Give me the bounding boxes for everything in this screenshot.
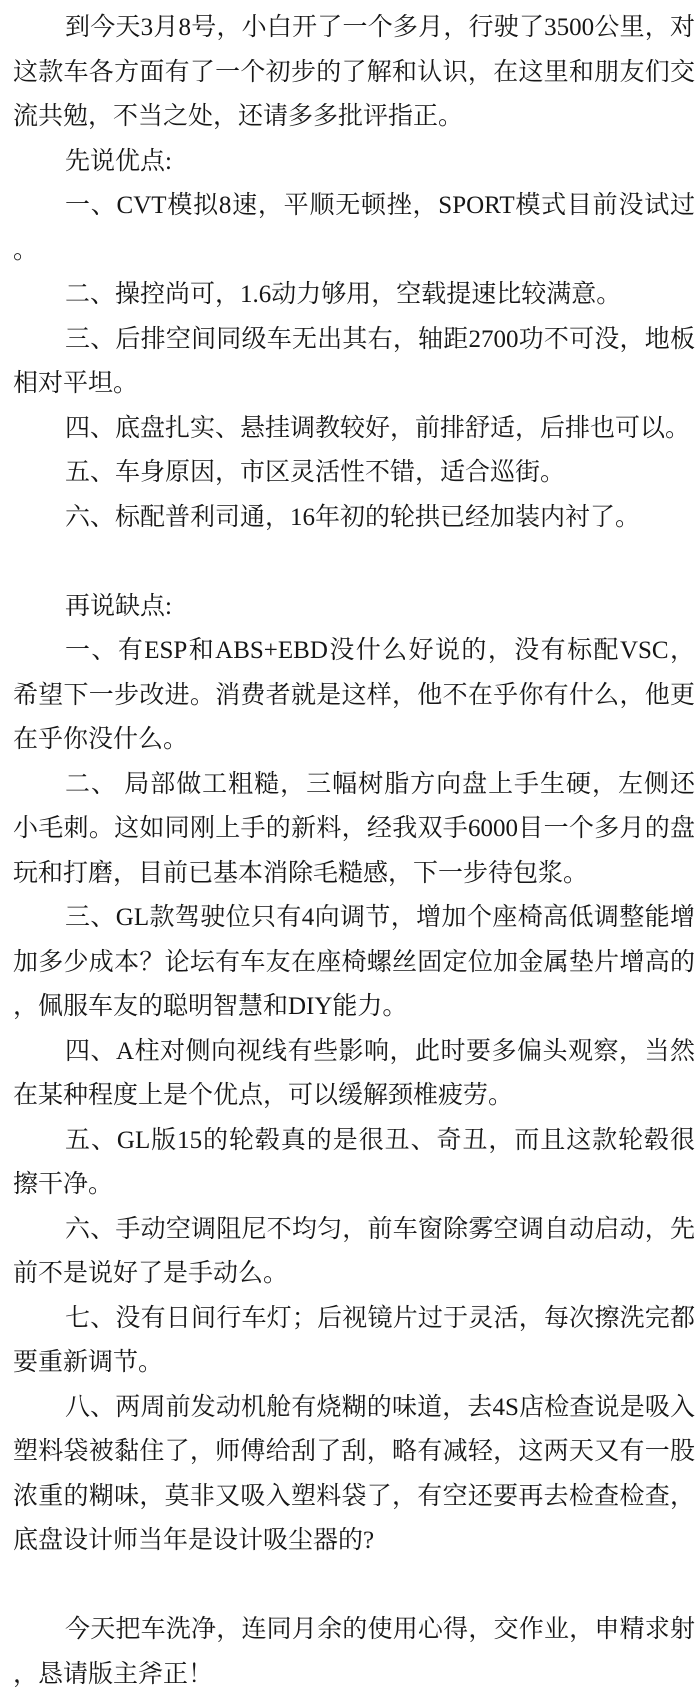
text-line: 在某种程度上是个优点，可以缓解颈椎疲劳。: [13, 1074, 695, 1119]
article-body: 到今天3月8号，小白开了一个多月，行驶了3500公里，对这款车各方面有了一个初步…: [13, 6, 695, 1697]
text-line: 在乎你没什么。: [13, 718, 695, 763]
blank-line: [13, 540, 695, 585]
text-line: 先说优点:: [13, 140, 695, 185]
text-line: 希望下一步改进。消费者就是这样，他不在乎你有什么，他更: [13, 674, 695, 719]
blank-line: [13, 1564, 695, 1609]
text-line: 二、 局部做工粗糙，三幅树脂方向盘上手生硬，左侧还有: [13, 763, 695, 808]
text-line: 这款车各方面有了一个初步的了解和认识，在这里和朋友们交: [13, 51, 695, 96]
text-line: 一、CVT模拟8速，平顺无顿挫，SPORT模式目前没试过: [13, 184, 695, 229]
text-line: 五、GL版15的轮毂真的是很丑、奇丑，而且这款轮毂很难: [13, 1119, 695, 1164]
text-line: 二、操控尚可，1.6动力够用，空载提速比较满意。: [13, 273, 695, 318]
text-line: 小毛刺。这如同刚上手的新料，经我双手6000目一个多月的盘: [13, 807, 695, 852]
text-line: 五、车身原因，市区灵活性不错，适合巡街。: [13, 451, 695, 496]
text-line: 要重新调节。: [13, 1341, 695, 1386]
text-line: 底盘设计师当年是设计吸尘器的?: [13, 1519, 695, 1564]
text-line: 七、没有日间行车灯；后视镜片过于灵活，每次擦洗完都: [13, 1297, 695, 1342]
text-line: 加多少成本？论坛有车友在座椅螺丝固定位加金属垫片增高的: [13, 941, 695, 986]
text-line: 塑料袋被黏住了，师傅给刮了刮，略有减轻，这两天又有一股: [13, 1430, 695, 1475]
text-line: 浓重的糊味，莫非又吸入塑料袋了，有空还要再去检查检查，: [13, 1475, 695, 1520]
text-line: 三、后排空间同级车无出其右，轴距2700功不可没，地板: [13, 318, 695, 363]
text-line: 。: [13, 229, 695, 274]
text-line: ，佩服车友的聪明智慧和DIY能力。: [13, 985, 695, 1030]
article: 到今天3月8号，小白开了一个多月，行驶了3500公里，对这款车各方面有了一个初步…: [0, 0, 700, 1700]
text-line: 六、标配普利司通，16年初的轮拱已经加装内衬了。: [13, 496, 695, 541]
text-line: 流共勉，不当之处，还请多多批评指正。: [13, 95, 695, 140]
text-line: 四、A柱对侧向视线有些影响，此时要多偏头观察，当然这: [13, 1030, 695, 1075]
text-line: 擦干净。: [13, 1163, 695, 1208]
text-line: ，恳请版主斧正！: [13, 1653, 695, 1698]
text-line: 六、手动空调阻尼不均匀，前车窗除雾空调自动启动，先: [13, 1208, 695, 1253]
text-line: 再说缺点:: [13, 585, 695, 630]
text-line: 玩和打磨，目前已基本消除毛糙感，下一步待包浆。: [13, 852, 695, 897]
text-line: 八、两周前发动机舱有烧糊的味道，去4S店检查说是吸入: [13, 1386, 695, 1431]
text-line: 相对平坦。: [13, 362, 695, 407]
text-line: 三、GL款驾驶位只有4向调节，增加个座椅高低调整能增: [13, 896, 695, 941]
text-line: 一、有ESP和ABS+EBD没什么好说的，没有标配VSC，: [13, 629, 695, 674]
text-line: 四、底盘扎实、悬挂调教较好，前排舒适，后排也可以。: [13, 407, 695, 452]
text-line: 前不是说好了是手动么。: [13, 1252, 695, 1297]
text-line: 到今天3月8号，小白开了一个多月，行驶了3500公里，对: [13, 6, 695, 51]
text-line: 今天把车洗净，连同月余的使用心得，交作业，申精求射: [13, 1608, 695, 1653]
page: { "page": { "background": "#ffffff", "te…: [0, 0, 700, 1700]
